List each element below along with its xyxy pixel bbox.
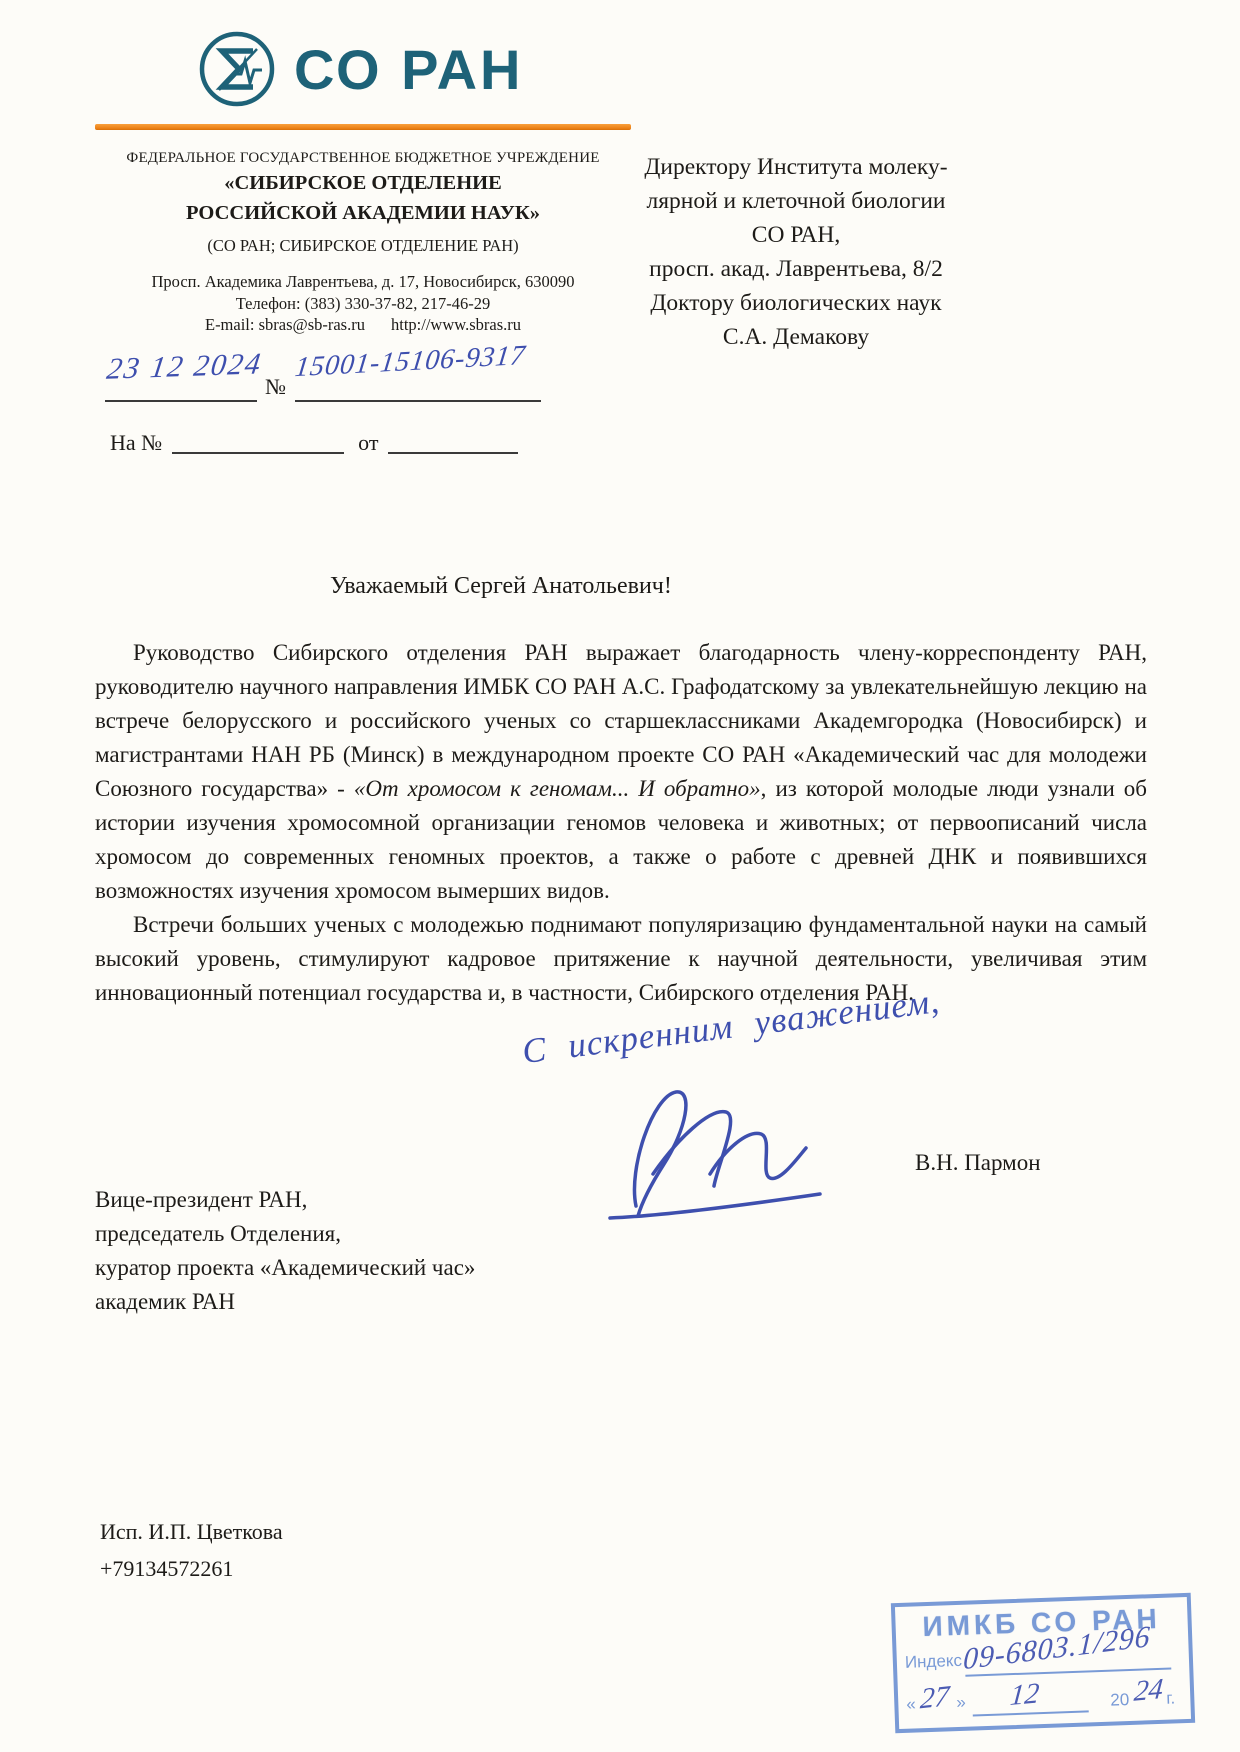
letter-body: Руководство Сибирского отделения РАН выр… [95, 636, 1147, 1010]
logo-org-short: СО РАН [294, 37, 523, 102]
sender-phone: Телефон: (383) 330-37-82, 217-46-29 [83, 293, 643, 315]
na-label: На № [110, 430, 162, 455]
letter-page: СО РАН ФЕДЕРАЛЬНОЕ ГОСУДАРСТВЕННОЕ БЮДЖЕ… [0, 0, 1240, 1752]
signer-title-block: Вице-президент РАН, председатель Отделен… [95, 1183, 475, 1319]
recipient-line: Доктору биологических наук [616, 286, 976, 320]
parmon-signature-scribble [598, 1078, 828, 1233]
sender-name-line1: «СИБИРСКОЕ ОТДЕЛЕНИЕ [83, 170, 643, 197]
recipient-line: С.А. Демакову [616, 320, 976, 354]
stamp-month-underline [973, 1710, 1089, 1716]
executor-phone: +79134572261 [100, 1550, 283, 1587]
letterhead-logo: СО РАН [196, 28, 523, 110]
outgoing-ref-row: 23 12 2024 № 15001-15106-9317 [105, 348, 565, 408]
sender-fgbu-line: ФЕДЕРАЛЬНОЕ ГОСУДАРСТВЕННОЕ БЮДЖЕТНОЕ УЧ… [83, 150, 643, 167]
stamp-year-handwritten: 24 [1133, 1673, 1165, 1709]
stamp-year-prefix: 20 [1110, 1690, 1130, 1711]
salutation: Уважаемый Сергей Анатольевич! [330, 573, 672, 600]
recipient-line: СО РАН, [616, 218, 976, 252]
recipient-line: просп. акад. Лаврентьева, 8/2 [616, 252, 976, 286]
sender-website: http://www.sbras.ru [391, 315, 521, 334]
na-number-blank [172, 452, 344, 454]
signer-title-line: Вице-президент РАН, [95, 1183, 475, 1217]
stamp-day-quote-open: « [906, 1694, 916, 1714]
stamp-year-suffix: г. [1166, 1688, 1176, 1708]
outgoing-date-handwritten: 23 12 2024 [105, 347, 265, 387]
paragraph-1: Руководство Сибирского отделения РАН выр… [95, 636, 1147, 908]
recipient-block: Директору Института молеку- лярной и кле… [616, 150, 976, 354]
stamp-day-handwritten: 27 [919, 1680, 950, 1716]
outgoing-number-handwritten: 15001-15106-9317 [293, 340, 527, 384]
signer-title-line: академик РАН [95, 1285, 475, 1319]
executor-name: Исп. И.П. Цветкова [100, 1513, 283, 1550]
registration-stamp: ИМКБ СО РАН Индекс 09-6803.1/296 « 27 » … [891, 1593, 1195, 1733]
signer-name: В.Н. Пармон [915, 1150, 1041, 1176]
date-underline [105, 400, 257, 402]
recipient-line: лярной и клеточной биологии [616, 184, 976, 218]
stamp-day-quote-close: » [956, 1693, 966, 1713]
so-ran-logo-icon [196, 28, 278, 110]
lecture-title-italic: «От хромосом к геномам... И обратно» [354, 776, 761, 801]
na-date-blank [388, 452, 518, 454]
number-underline [295, 400, 541, 402]
signer-title-line: председатель Отделения, [95, 1217, 475, 1251]
reply-ref-row: На №от [110, 430, 518, 456]
sender-email: E-mail: sbras@sb-ras.ru [205, 315, 365, 334]
stamp-month-handwritten: 12 [1009, 1677, 1041, 1713]
sender-abbrev: (СО РАН; СИБИРСКОЕ ОТДЕЛЕНИЕ РАН) [83, 236, 643, 256]
sender-block: ФЕДЕРАЛЬНОЕ ГОСУДАРСТВЕННОЕ БЮДЖЕТНОЕ УЧ… [83, 150, 643, 336]
ot-label: от [358, 430, 378, 455]
header-divider [95, 124, 631, 130]
number-sign: № [265, 374, 286, 400]
stamp-index-label: Индекс [905, 1651, 963, 1673]
sender-address: Просп. Академика Лаврентьева, д. 17, Нов… [83, 271, 643, 293]
recipient-line: Директору Института молеку- [616, 150, 976, 184]
sender-name-line2: РОССИЙСКОЙ АКАДЕМИИ НАУК» [83, 200, 643, 227]
executor-block: Исп. И.П. Цветкова +79134572261 [100, 1513, 283, 1587]
signer-title-line: куратор проекта «Академический час» [95, 1251, 475, 1285]
